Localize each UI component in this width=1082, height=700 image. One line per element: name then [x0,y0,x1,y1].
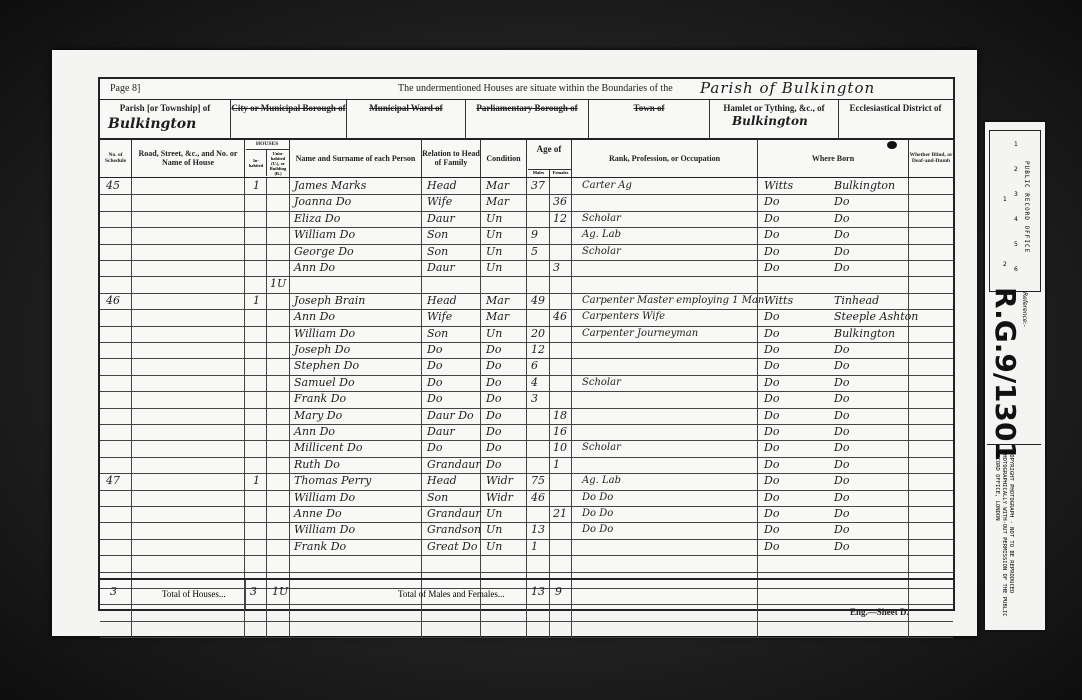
cell-relation: Head [427,473,457,489]
column-rule [480,178,481,637]
cell-relation: Grandaur [427,457,481,473]
cell-male-age: 13 [531,522,545,538]
cell-born-county: Do [764,194,779,210]
page-label: Page 8] [110,83,140,94]
cell-condition: Widr [486,473,513,489]
cell-relation: Grandaur [427,506,481,522]
reference-label: Reference:- [1021,292,1028,327]
col-houses-label: HOUSES [256,139,278,149]
cell-female-age: 3 [553,260,560,276]
cell-name: Ann Do [294,309,335,325]
cell-name: Millicent Do [294,440,362,456]
cell-relation: Do [427,375,442,391]
cell-born-county: Do [764,211,779,227]
cell-male-age: 75 [531,473,545,489]
boundaries-value: Parish of Bulkington [700,79,875,97]
area-city-label: City or Municipal Borough of [231,100,346,113]
cell-condition: Do [486,424,501,440]
col-uninhabited: Unin-habited (U.), or Building (B.) [267,149,289,176]
area-ecclesiastical: Ecclesiastical District of [839,100,952,138]
ruler-mark-inch: 1 [1003,196,1007,203]
cell-condition: Do [486,358,501,374]
total-houses-uninhabited: 1U [272,584,288,600]
cell-female-age: 18 [553,408,567,424]
cell-condition: Mar [486,194,509,210]
col-condition: Condition [481,139,527,178]
cell-born-place: Do [834,408,849,424]
cell-relation: Son [427,244,448,260]
cell-born-county: Do [764,490,779,506]
cell-born-county: Do [764,326,779,342]
column-rule [266,178,267,637]
cell-name: Mary Do [294,408,342,424]
cell-condition: Un [486,260,502,276]
cell-condition: Widr [486,490,513,506]
column-rule [757,178,758,637]
col-name: Name and Surname of each Person [290,139,422,178]
cell-born-county: Do [764,506,779,522]
cell-condition: Un [486,539,502,555]
cell-relation: Do [427,358,442,374]
form-title-row: Page 8] The undermentioned Houses are si… [100,79,953,100]
cell-occupation: Do Do [582,506,613,522]
cell-born-place: Do [834,358,849,374]
cell-occupation: Ag. Lab [582,227,621,243]
cell-born-place: Tinhead [834,293,879,309]
total-persons-label: Total of Males and Females... [398,586,505,602]
cell-born-county: Do [764,358,779,374]
cell-male-age: 9 [531,227,538,243]
cell-relation: Head [427,178,457,194]
col-males: Males [528,169,550,177]
cell-relation: Son [427,490,448,506]
cell-occupation: Carpenter Master employing 1 Man [582,293,764,309]
cell-female-age: 36 [553,194,567,210]
area-town: Town of [589,100,710,138]
cell-occupation: Do Do [582,522,613,538]
cell-born-place: Do [834,539,849,555]
area-hamlet: Hamlet or Tything, &c., of Bulkington [710,100,839,138]
column-rule [244,178,245,637]
cell-born-place: Do [834,375,849,391]
area-town-label: Town of [589,100,709,113]
cell-inhabited: 1 [253,293,260,309]
cell-male-age: 4 [531,375,538,391]
area-row: Parish [or Township] of Bulkington City … [100,100,953,140]
cell-name: Stephen Do [294,358,359,374]
ruler-mark: 5 [1014,241,1018,248]
cell-born-place: Do [834,440,849,456]
cell-male-age: 37 [531,178,545,194]
reference-strip: PUBLIC RECORD OFFICE 1 2 3 4 5 6 1 2 Ref… [983,120,1047,632]
cell-condition: Un [486,244,502,260]
cell-occupation: Scholar [582,244,621,260]
cell-name: Samuel Do [294,375,355,391]
cell-born-place: Do [834,424,849,440]
cell-schedule: 47 [106,473,120,489]
cell-condition: Un [486,211,502,227]
cell-inhabited: 1 [253,473,260,489]
ruler: PUBLIC RECORD OFFICE 1 2 3 4 5 6 1 2 [989,130,1041,292]
cell-male-age: 6 [531,358,538,374]
ruler-mark: 6 [1014,266,1018,273]
cell-male-age: 20 [531,326,545,342]
cell-occupation: Carter Ag [582,178,632,194]
cell-born-place: Do [834,227,849,243]
boundaries-label: The undermentioned Houses are situate wi… [398,83,673,94]
cell-born-place: Do [834,506,849,522]
copyright-text: COPYRIGHT PHOTOGRAPH - NOT TO BE REPRODU… [993,451,1014,625]
totals-row: 3 Total of Houses... 3 1U Total of Males… [100,578,953,609]
cell-relation: Daur [427,424,455,440]
cell-born-county: Do [764,440,779,456]
cell-occupation: Scholar [582,375,621,391]
cell-schedule: 45 [106,178,120,194]
cell-occupation: Carpenters Wife [582,309,665,325]
cell-condition: Mar [486,309,509,325]
cell-name: Ruth Do [294,457,340,473]
cell-born-place: Do [834,391,849,407]
cell-born-place: Do [834,194,849,210]
cell-relation: Wife [427,194,452,210]
cell-occupation: Carpenter Journeyman [582,326,698,342]
cell-relation: Grandson [427,522,481,538]
cell-born-county: Do [764,342,779,358]
cell-born-county: Do [764,227,779,243]
cell-born-county: Witts [764,293,793,309]
cell-born-place: Do [834,211,849,227]
cell-relation: Daur [427,260,455,276]
cell-condition: Mar [486,293,509,309]
col-blind: Whether Blind, or Deaf-and-Dumb [909,139,953,178]
area-parish-label: Parish [or Township] of [100,100,230,113]
area-ward-label: Municipal Ward of [347,100,465,113]
cell-name: Joseph Do [294,342,350,358]
col-age-label: Age of [537,139,562,154]
cell-name: James Marks [294,178,366,194]
col-occupation: Rank, Profession, or Occupation [572,139,758,178]
cell-female-age: 10 [553,440,567,456]
cell-female-age: 21 [553,506,567,522]
cell-relation: Head [427,293,457,309]
total-houses-inhabited: 3 [250,584,257,600]
cell-condition: Do [486,457,501,473]
cell-condition: Un [486,522,502,538]
cell-condition: Do [486,391,501,407]
cell-male-age: 12 [531,342,545,358]
cell-relation: Son [427,326,448,342]
cell-female-age: 46 [553,309,567,325]
cell-born-county: Do [764,391,779,407]
cell-born-place: Bulkington [834,178,895,194]
cell-name: Anne Do [294,506,342,522]
area-parish-value: Bulkington [108,116,196,132]
cell-name: Frank Do [294,539,346,555]
cell-uninhabited: 1U [270,276,286,292]
cell-born-place: Bulkington [834,326,895,342]
cell-male-age: 5 [531,244,538,260]
cell-born-place: Do [834,490,849,506]
cell-condition: Un [486,506,502,522]
cell-male-age: 46 [531,490,545,506]
ink-blot [887,141,897,149]
cell-name: Joanna Do [294,194,351,210]
cell-name: William Do [294,522,355,538]
cell-occupation: Scholar [582,211,621,227]
cell-male-age: 1 [531,539,538,555]
cell-occupation: Do Do [582,490,613,506]
ruler-mark: 2 [1014,166,1018,173]
cell-female-age: 1 [553,457,560,473]
ruler-mark: 4 [1014,216,1018,223]
cell-male-age: 3 [531,391,538,407]
cell-born-county: Do [764,522,779,538]
cell-born-place: Do [834,244,849,260]
cell-born-county: Witts [764,178,793,194]
cell-name: Eliza Do [294,211,340,227]
total-schedules: 3 [110,584,117,600]
cell-condition: Do [486,375,501,391]
cell-female-age: 16 [553,424,567,440]
column-rule [526,178,527,637]
reference-value: R.G.9/1301 [989,287,1022,461]
cell-occupation: Ag. Lab [582,473,621,489]
cell-relation: Son [427,227,448,243]
cell-name: Ann Do [294,260,335,276]
cell-condition: Do [486,440,501,456]
cell-name: William Do [294,227,355,243]
cell-relation: Great Do [427,539,477,555]
census-form: Page 8] The undermentioned Houses are si… [98,77,955,611]
total-males: 13 [531,584,545,600]
cell-name: William Do [294,490,355,506]
col-schedule: No. of Schedule [100,139,132,178]
ruler-mark: 1 [1014,141,1018,148]
cell-name: George Do [294,244,354,260]
area-parish: Parish [or Township] of Bulkington [100,100,231,138]
cell-born-county: Do [764,424,779,440]
cell-relation: Do [427,342,442,358]
column-rule [131,178,132,637]
cell-born-place: Steeple Ashton [834,309,918,325]
office-label: PUBLIC RECORD OFFICE [1023,161,1030,253]
copyright-box: COPYRIGHT PHOTOGRAPH - NOT TO BE REPRODU… [987,444,1041,625]
cell-condition: Un [486,227,502,243]
cell-name: William Do [294,326,355,342]
area-hamlet-label: Hamlet or Tything, &c., of [710,100,838,113]
area-parliamentary: Parliamentary Borough of [466,100,589,138]
cell-born-county: Do [764,375,779,391]
cell-born-place: Do [834,457,849,473]
col-inhabited: In-habited [246,149,267,176]
cell-born-county: Do [764,309,779,325]
cell-born-place: Do [834,522,849,538]
column-rule [289,178,290,637]
total-females: 9 [555,584,562,600]
area-ecclesiastical-label: Ecclesiastical District of [839,100,952,113]
cell-born-county: Do [764,408,779,424]
cell-born-county: Do [764,539,779,555]
cell-born-county: Do [764,457,779,473]
cell-relation: Do [427,391,442,407]
area-hamlet-value: Bulkington [732,114,808,128]
column-rule [571,178,572,637]
ruler-mark-inch: 2 [1003,261,1007,268]
col-road: Road, Street, &c., and No. or Name of Ho… [132,139,245,178]
cell-condition: Do [486,342,501,358]
cell-name: Ann Do [294,424,335,440]
total-houses-label: Total of Houses... [162,586,226,602]
area-ward: Municipal Ward of [347,100,466,138]
cell-relation: Wife [427,309,452,325]
cell-condition: Un [486,326,502,342]
cell-relation: Daur Do [427,408,474,424]
cell-born-county: Do [764,473,779,489]
cell-occupation: Scholar [582,440,621,456]
cell-born-place: Do [834,473,849,489]
cell-condition: Do [486,408,501,424]
area-parliamentary-label: Parliamentary Borough of [466,100,588,113]
area-city: City or Municipal Borough of [231,100,347,138]
col-relation: Relation to Head of Family [422,139,481,178]
cell-born-county: Do [764,244,779,260]
cell-born-county: Do [764,260,779,276]
column-rule [549,178,550,637]
cell-condition: Mar [486,178,509,194]
cell-name: Thomas Perry [294,473,371,489]
col-females: Females [550,169,571,177]
cell-born-place: Do [834,260,849,276]
cell-born-place: Do [834,342,849,358]
cell-relation: Do [427,440,442,456]
cell-schedule: 46 [106,293,120,309]
cell-name: Frank Do [294,391,346,407]
cell-name: Joseph Brain [294,293,365,309]
row-rule [100,637,953,638]
sheet-footer: Eng.—Sheet D. [850,607,909,617]
ruler-mark: 3 [1014,191,1018,198]
cell-male-age: 49 [531,293,545,309]
cell-relation: Daur [427,211,455,227]
column-rule [421,178,422,637]
cell-female-age: 12 [553,211,567,227]
column-rule [908,178,909,637]
cell-inhabited: 1 [253,178,260,194]
